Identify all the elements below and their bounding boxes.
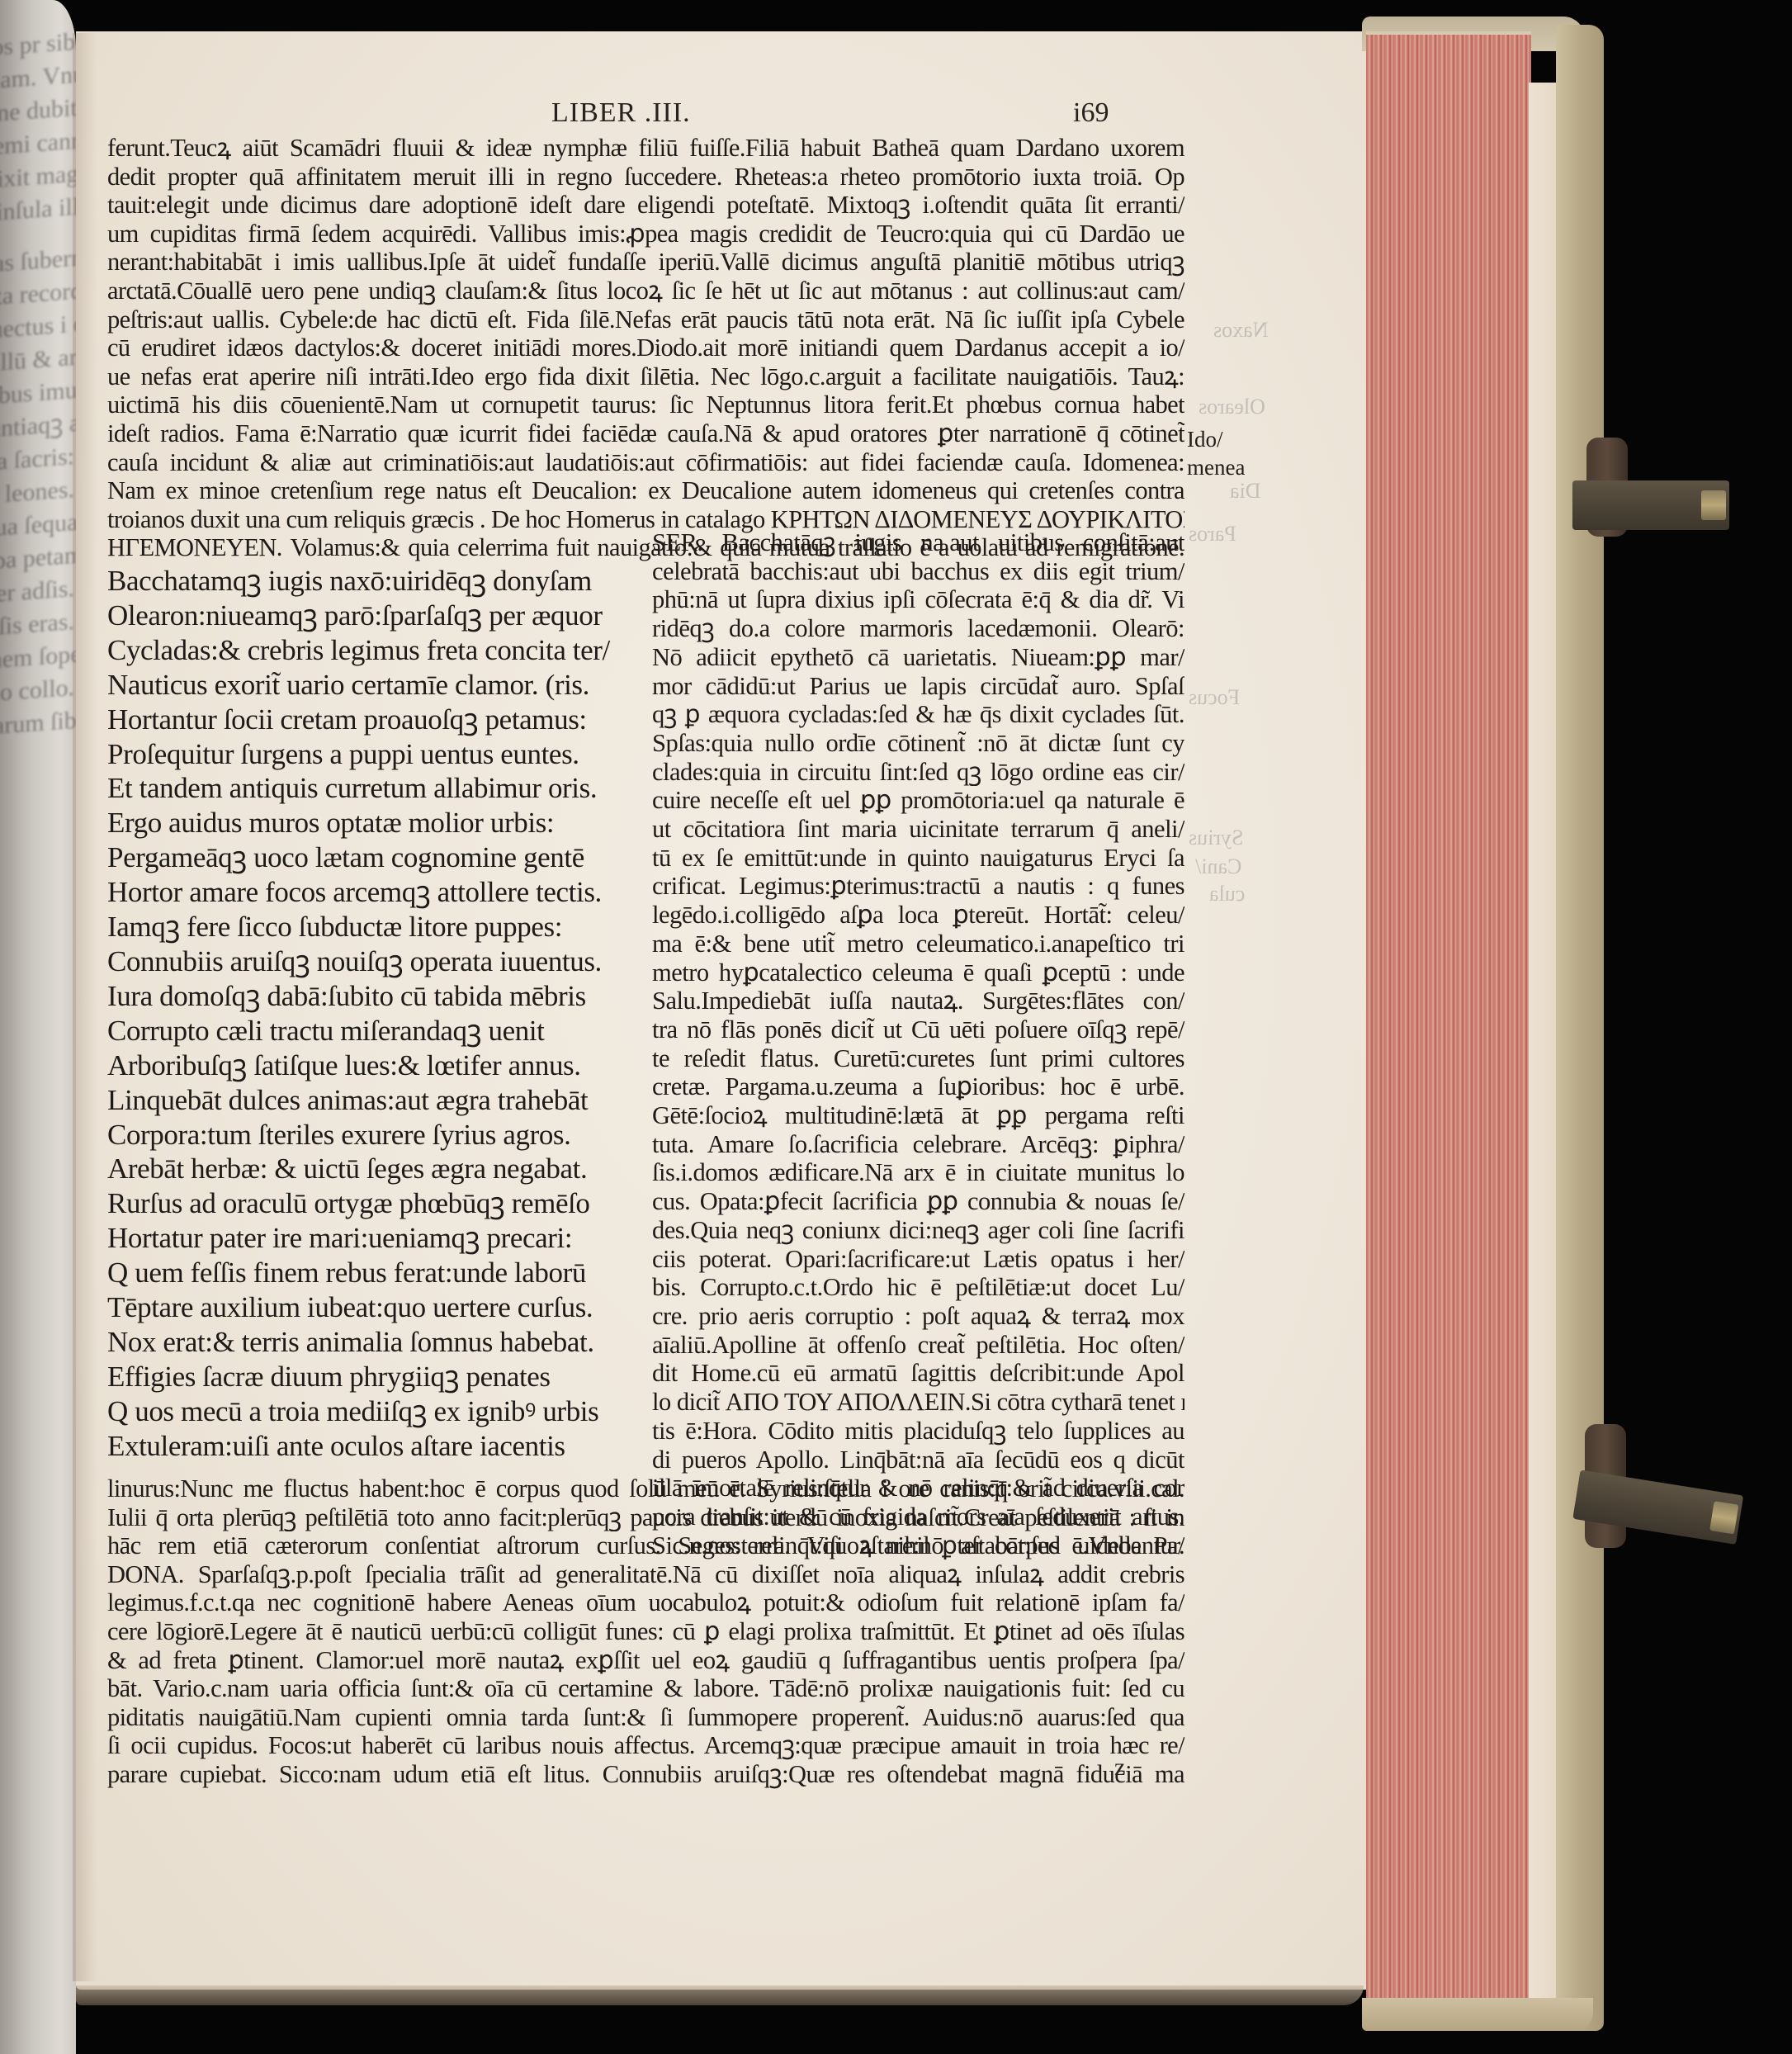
commentary-line: Spſas:quia nullo ordīe cōtinent̃ :nō āt … xyxy=(652,729,1184,758)
verse-line: Q uem feſſis finem rebus ferat:unde labo… xyxy=(107,1256,648,1290)
commentary-line: legēdo.i.colligēdo aſꝑa loca ꝑtereūt. Ho… xyxy=(652,901,1184,930)
commentary-line: tra nō flās ponēs dicit̃ ut Cū uēti poſu… xyxy=(652,1015,1184,1044)
page-bottom-edge xyxy=(76,1985,1364,2005)
commentary-top: ferunt.Teucꝝ aiūt Scamādri fluuii & ideæ… xyxy=(107,134,1184,562)
commentary-line: te reſedit flatus. Curetū:curetes ſunt p… xyxy=(652,1044,1184,1073)
verse-line: Extuleram:uiſi ante oculos aſtare iacent… xyxy=(107,1429,648,1464)
verse-line: Hortor amare focos arcemqꝫ attollere tec… xyxy=(107,875,648,910)
commentary-line: Gētē:ſocioꝝ multitudinē:lætā āt ꝑꝑ perga… xyxy=(652,1101,1184,1130)
bleed-through-note: Paros xyxy=(1189,522,1236,547)
commentary-line: cauſa incidunt & aliæ aut criminatiōis:a… xyxy=(107,448,1184,477)
commentary-line: Nam ex minoe cretenſium rege natus eſt D… xyxy=(107,476,1184,505)
commentary-line: cretæ. Pargama.u.zeuma a ſuꝑioribus: hoc… xyxy=(652,1072,1184,1101)
verse-line: Hortantur ſocii cretam proauoſqꝫ petamus… xyxy=(107,703,648,737)
verse-line: Corpora:tum ſteriles exurere ſyrius agro… xyxy=(107,1118,648,1152)
commentary-line: mor cādidū:ut Parius ue lapis circūdat̃ … xyxy=(652,672,1184,701)
commentary-line: ideſt radios. Fama ē:Narratio quæ icurri… xyxy=(107,419,1184,448)
commentary-right-column: SER. Bacchatāqꝫ iugis na.aut uitibus con… xyxy=(652,528,1184,1559)
verse-line: Iura domoſqꝫ dabā:ſubito cū tabida mēbri… xyxy=(107,979,648,1014)
verse-line: Ergo auidus muros optatæ molior urbis: xyxy=(107,806,648,840)
commentary-line: peſtris:aut uallis. Cybele:de hac dictū … xyxy=(107,305,1184,334)
running-head: LIBER .III. xyxy=(551,97,691,129)
verse-line: Et tandem antiquis curretum allabimur or… xyxy=(107,771,648,806)
commentary-line: ue nefas erat aperire niſi intrāti.Ideo … xyxy=(107,362,1184,391)
cover-board-bottom xyxy=(1362,1998,1593,2031)
folio-number: i69 xyxy=(1073,97,1109,129)
verse-line: Hortatur pater ire mari:ueniamqꝫ precari… xyxy=(107,1221,648,1256)
commentary-line: Salu.Impediebāt iuſſa nautaꝝ. Surgētes:f… xyxy=(652,987,1184,1015)
facing-page-text: tamen dominos pr sibi terrens,cui ē dece… xyxy=(0,33,76,745)
commentary-line: metro hyꝑcatalectico celeuma ē quaſi ꝑce… xyxy=(652,958,1184,987)
facing-page-edge: tamen dominos pr sibi terrens,cui ē dece… xyxy=(0,0,76,2054)
commentary-line: aīaliū.Apolline āt offenſo creat̃ peſtil… xyxy=(652,1331,1184,1360)
verse-line: Linquebāt dulces animas:aut ægra trahebā… xyxy=(107,1083,648,1118)
commentary-line: nerant:habitabāt i imis uallibus.Ipſe āt… xyxy=(107,248,1184,277)
commentary-line: SER. Bacchatāqꝫ iugis na.aut uitibus con… xyxy=(652,528,1184,557)
commentary-line: Nō adiicit epythetō cā uarietatis. Niuea… xyxy=(652,643,1184,672)
red-stained-fore-edge xyxy=(1366,31,1531,2004)
clasp-catch-upper xyxy=(1701,490,1726,520)
commentary-line: cus. Opata:ꝑfecit ſacrificia ꝑꝑ connubia… xyxy=(652,1187,1184,1216)
commentary-bottom: linurus:Nunc me fluctus habent:hoc ē cor… xyxy=(107,1474,1184,1789)
bleed-through-note: Focus xyxy=(1189,685,1240,710)
commentary-line: ferunt.Teucꝝ aiūt Scamādri fluuii & ideæ… xyxy=(107,134,1184,163)
commentary-line: piditatis nauigātiū.Nam cupienti omnia t… xyxy=(107,1703,1184,1732)
commentary-line: ridēqꝫ do.a colore marmoris lacedæmonii.… xyxy=(652,614,1184,643)
commentary-line: hāc rem etiā cæterorum conſentiat aſtror… xyxy=(107,1531,1184,1560)
commentary-line: ſis.i.domos ædificare.Nā arx ē in ciuita… xyxy=(652,1158,1184,1187)
verse-line: Corrupto cæli tractu miſerandaqꝫ uenit xyxy=(107,1014,648,1048)
commentary-line: celebratā bacchis:aut ubi bacchus ex dii… xyxy=(652,557,1184,586)
bleed-through-note: Dia xyxy=(1230,479,1261,504)
commentary-line: cuire neceſſe eſt uel ꝑꝑ promōtoria:uel … xyxy=(652,786,1184,815)
commentary-line: cre. prio aeris corruptio : poſt aquaꝝ &… xyxy=(652,1302,1184,1331)
commentary-line: ut cōcitatiora ſint maria uicinitate ter… xyxy=(652,815,1184,844)
commentary-line: um cupiditas firmā ſedem acquirēdi. Vall… xyxy=(107,220,1184,248)
commentary-line: dedit propter quā affinitatem meruit ill… xyxy=(107,163,1184,192)
commentary-line: cū erudiret idæos dactylos:& doceret ini… xyxy=(107,334,1184,362)
commentary-line: uictimā his diis cōuenientē.Nam ut cornu… xyxy=(107,390,1184,419)
bleed-through-note: Cani/ xyxy=(1195,854,1241,879)
commentary-line: ciis poterat. Opari:ſacrificare:ut Lætis… xyxy=(652,1245,1184,1274)
commentary-line: crificat. Legimus:ꝑterimus:tractū a naut… xyxy=(652,872,1184,901)
clasp-upper xyxy=(1572,480,1729,530)
marginal-note: Ido/menea xyxy=(1187,425,1245,481)
facing-page-line: quebatur cyb inſula illuſtri xyxy=(0,191,76,239)
commentary-line: clades:quia in circuitu ſint:ſed qꝫ lōgo… xyxy=(652,758,1184,787)
commentary-line: qꝫ ꝑ æquora cycladas:ſed & hæ q̄s dixit … xyxy=(652,700,1184,729)
commentary-line: tū ex ſe emittūt:unde in quinto nauigatu… xyxy=(652,844,1184,873)
verse-line: Nox erat:& terris animalia ſomnus habeba… xyxy=(107,1325,648,1360)
verse-line: Effigies ſacræ diuum phrygiiqꝫ penates xyxy=(107,1360,648,1394)
verse-line: Arebāt herbæ: & uictū ſeges ægra negabat… xyxy=(107,1152,648,1186)
commentary-line: tuta. Amare ſo.ſacrificia celebrare. Arc… xyxy=(652,1130,1184,1159)
verse-line: Pergameāqꝫ uoco lætam cognomine gentē xyxy=(107,840,648,875)
verse-line: Bacchatamqꝫ iugis naxō:uiridēqꝫ donyſam xyxy=(107,564,648,599)
commentary-line: DONA. Sparſaſqꝫ.p.poſt ſpecialia trāſit … xyxy=(107,1560,1184,1589)
signature-mark: z xyxy=(1114,1753,1125,1782)
verse-line: Nauticus exorit̃ uario certamīe clamor. … xyxy=(107,668,648,703)
bleed-through-note: Olearos xyxy=(1199,395,1265,419)
commentary-line: bis. Corrupto.c.t.Ordo hic ē peſtilētiæ:… xyxy=(652,1273,1184,1302)
verse-line: Rurſus ad oraculū ortygæ phœbūqꝫ remēſo xyxy=(107,1186,648,1221)
gutter-shadow xyxy=(73,33,97,1981)
verse-line: Tēptare auxilium iubeat:quo uertere curſ… xyxy=(107,1290,648,1325)
commentary-line: arctatā.Cōuallē uero pene undiqꝫ clauſam… xyxy=(107,277,1184,305)
commentary-line: des.Quia neqꝫ coniunx dici:neqꝫ ager col… xyxy=(652,1216,1184,1245)
verse-column: Bacchatamqꝫ iugis naxō:uiridēqꝫ donyſamO… xyxy=(107,564,648,1464)
commentary-line: di pueros Apollo. Linq̄bāt:nā aīa ſecūdū… xyxy=(652,1446,1184,1474)
verse-line: Proſequitur ſurgens a puppi uentus eunte… xyxy=(107,737,648,772)
bleed-through-note: Naxos xyxy=(1213,318,1268,343)
commentary-line: parare cupiebat. Sicco:nam udum etiā eſt… xyxy=(107,1760,1184,1789)
commentary-line: & ad freta ꝑtinent. Clamor:uel morē naut… xyxy=(107,1646,1184,1675)
endleaf-edge xyxy=(1529,83,1558,2010)
bleed-through-note: cula xyxy=(1209,882,1245,906)
commentary-line: tis ē:Hora. Cōdito mitis placiduſqꝫ telo… xyxy=(652,1417,1184,1446)
clasp-catch-lower xyxy=(1709,1501,1738,1534)
verse-line: Iamqꝫ fere ſicco ſubductæ litore puppes: xyxy=(107,910,648,944)
commentary-line: dit Home.cū eū armatū ſagittis deſcribit… xyxy=(652,1359,1184,1388)
facing-page-line: mi ab, ſic ſoſtarum ſibā. xyxy=(0,704,76,752)
verse-line: Olearon:niueamqꝫ parō:ſparſaſqꝫ per æquo… xyxy=(107,599,648,633)
commentary-line: bāt. Vario.c.nam uaria officia ſunt:& oī… xyxy=(107,1674,1184,1703)
commentary-line: ſi ocii cupidus. Focos:ut haberēt cū lar… xyxy=(107,1731,1184,1760)
commentary-line: linurus:Nunc me fluctus habent:hoc ē cor… xyxy=(107,1474,1184,1503)
verse-line: Q uos mecū a troia mediiſqꝫ ex ignibꝰ ur… xyxy=(107,1394,648,1429)
commentary-line: cere lōgiorē.Legere āt ē nauticū uerbū:c… xyxy=(107,1617,1184,1646)
commentary-line: tauit:elegit unde dicimus dare adoptionē… xyxy=(107,191,1184,220)
bleed-through-note: Syrius xyxy=(1189,826,1243,850)
commentary-line: ma ē:& bene utit̃ metro celeumatico.i.an… xyxy=(652,930,1184,958)
verse-line: Cycladas:& crebris legimus freta concita… xyxy=(107,633,648,668)
vellum-cover-board xyxy=(1556,25,1604,2031)
marginal-note-line: menea xyxy=(1187,453,1245,481)
commentary-line: phū:nā ut ſupra dixius ipſi cōſecrata ē:… xyxy=(652,585,1184,614)
marginal-note-line: Ido/ xyxy=(1187,425,1245,453)
commentary-line: legimus.f.c.t.qa nec cognitionē habere A… xyxy=(107,1588,1184,1617)
verse-line: Arboribuſqꝫ ſatiſque lues:& lœtifer annu… xyxy=(107,1048,648,1083)
verse-line: Connubiis aruiſqꝫ nouiſqꝫ operata iuuent… xyxy=(107,944,648,979)
commentary-line: lo dicit̃ ΑΠΟ ΤΟΥ ΑΠΟΛΛΕΙΝ.Si cōtra cyth… xyxy=(652,1388,1184,1417)
commentary-line: Iulii q̄ orta plerūqꝫ peſtilētiā toto an… xyxy=(107,1503,1184,1532)
